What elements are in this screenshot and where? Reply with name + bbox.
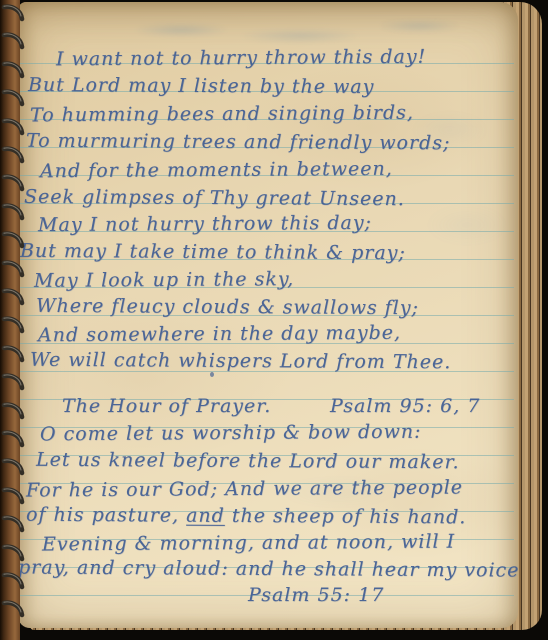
notebook-photo: I want not to hurry throw this day! But … [0,0,548,640]
spiral-coil-icon [1,174,27,192]
scripture-line: pray, and cry aloud: and he shall hear m… [18,555,518,582]
scripture-text: of his pasture, [26,504,186,527]
spiral-coil-icon [1,458,27,476]
spiral-coil-icon [1,515,27,533]
underlined-word: and [186,505,225,527]
spiral-coil-icon [1,373,27,391]
poem-line: May I look up in the sky, [34,267,294,293]
scripture-line: For he is our God; And we are the people [26,475,463,502]
poem-line: But may I take time to think & pray; [20,239,406,265]
spiral-coil-icon [1,345,27,363]
poem-line: Seek glimpses of Thy great Unseen. [24,185,405,211]
spiral-coil-icon [1,402,27,420]
spiral-coil-icon [1,260,27,278]
spiral-coil-icon [1,572,27,590]
poem-line: To humming bees and singing birds, [30,101,414,128]
spiral-coil-icon [1,231,27,249]
poem-line: I want not to hurry throw this day! [56,45,426,72]
section-heading: The Hour of Prayer. [62,394,271,418]
scripture-reference: Psalm 55: 17 [248,583,384,607]
spiral-coil-icon [1,203,27,221]
scripture-line: Let us kneel before the Lord our maker. [36,448,460,475]
spiral-coil-icon [1,61,27,79]
spiral-coil-icon [1,4,27,22]
spiral-coil-icon [1,430,27,448]
spiral-coil-icon [1,89,27,107]
spiral-coil-icon [1,544,27,562]
spiral-coil-icon [1,600,27,618]
spiral-coil-icon [1,316,27,334]
spiral-coil-icon [1,288,27,306]
poem-line: And somewhere in the day maybe, [38,321,401,348]
scripture-text: the sheep of his hand. [225,505,467,528]
spiral-coil-icon [1,487,27,505]
poem-line: May I not hurry throw this day; [38,211,372,237]
scripture-line: O come let us worship & bow down: [40,420,422,447]
poem-line: But Lord may I listen by the way [28,73,374,99]
spiral-coil-icon [1,118,27,136]
poem-line: Where fleucy clouds & swallows fly; [36,294,419,320]
poem-line: We will catch whispers Lord from Thee. [30,348,451,375]
scripture-line: Evening & morning, and at noon, will I [42,530,455,557]
spiral-coil-icon [1,146,27,164]
scripture-line-with-underline: of his pasture, and the sheep of his han… [26,503,467,530]
poem-line: To murmuring trees and friendly words; [26,129,451,156]
poem-line: And for the moments in between, [40,157,393,183]
notebook-page: I want not to hurry throw this day! But … [18,2,518,628]
scripture-reference: Psalm 95: 6, 7 [330,394,480,418]
spiral-coil-icon [1,32,27,50]
